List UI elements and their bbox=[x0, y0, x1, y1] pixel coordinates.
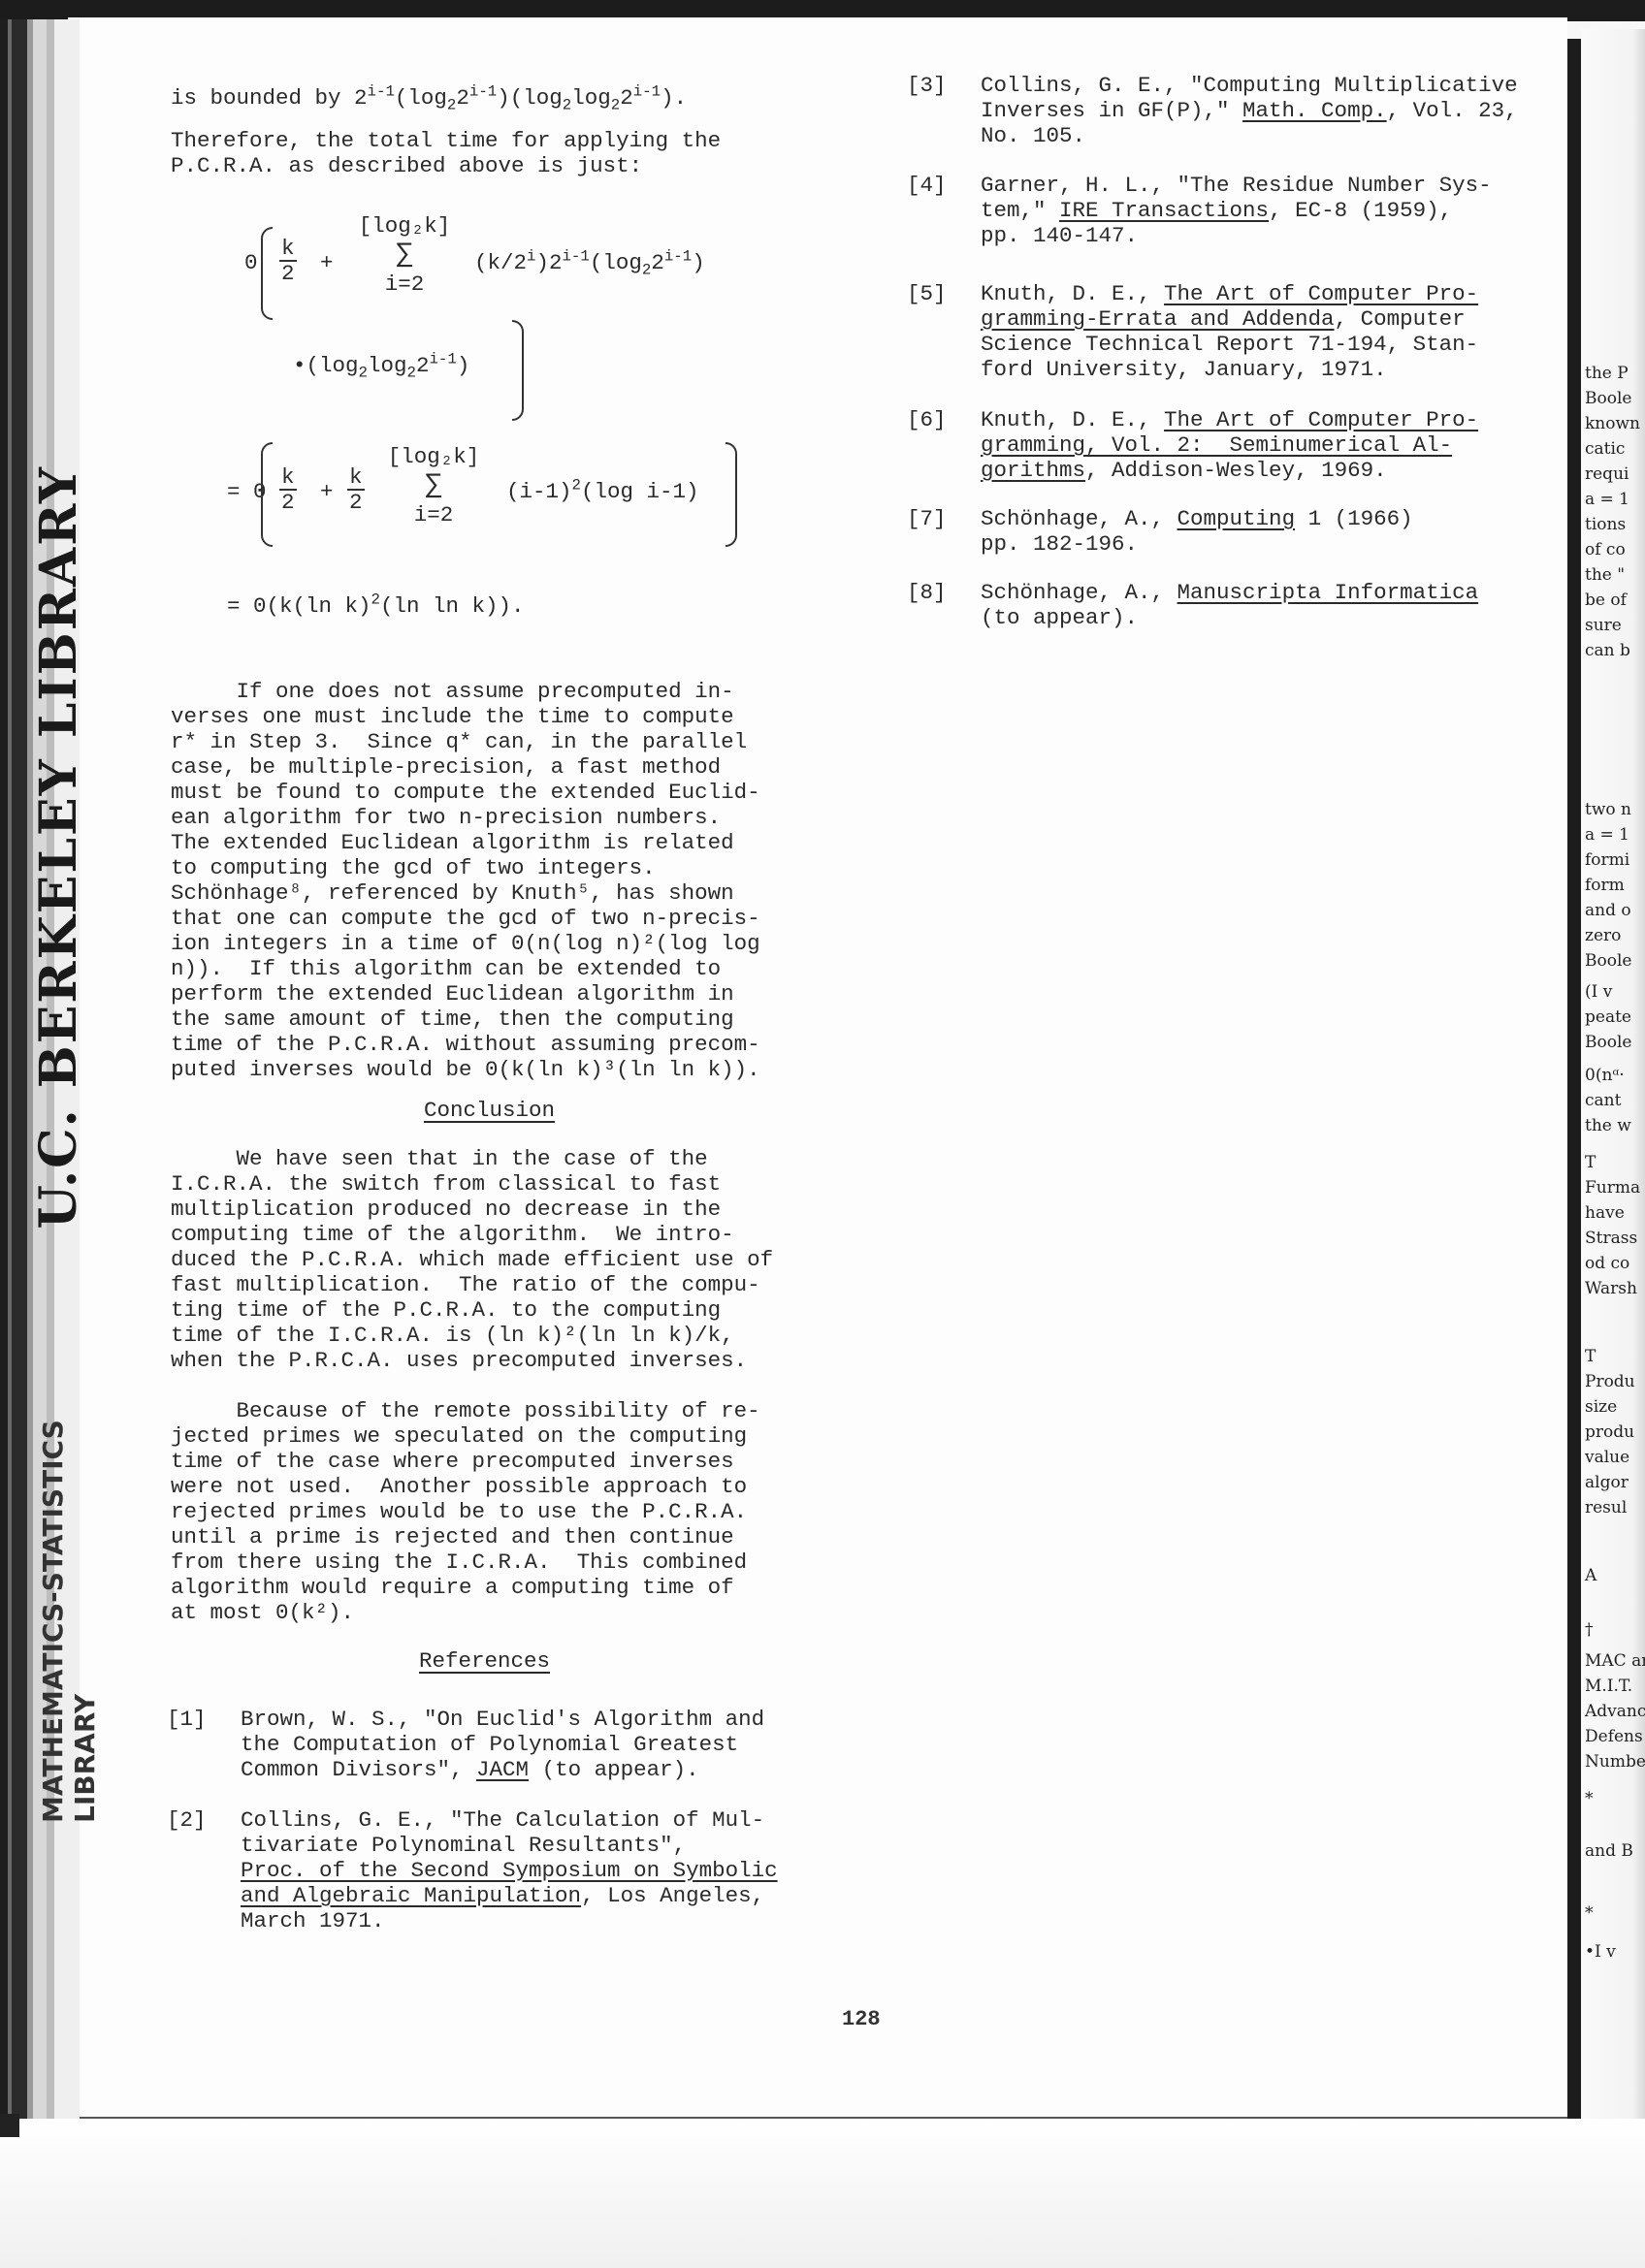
paragraph-line: I.C.R.A. the switch from classical to fa… bbox=[171, 1171, 773, 1197]
reference-text: Knuth, D. E., The Art of Computer Pro-gr… bbox=[981, 281, 1478, 382]
eq1-plus: + bbox=[320, 250, 334, 275]
paragraph-line: until a prime is rejected and then conti… bbox=[171, 1524, 760, 1549]
intro-line-1: is bounded by 2i-1(log22i-1)(log2log22i-… bbox=[171, 85, 687, 111]
reference-text: Collins, G. E., "The Calculation of Mul-… bbox=[241, 1807, 778, 1933]
paragraph-line: that one can compute the gcd of two n-pr… bbox=[171, 906, 760, 931]
paragraph-line: case, be multiple-precision, a fast meth… bbox=[171, 754, 760, 780]
paragraph-line: time of the I.C.R.A. is (ln k)²(ln ln k)… bbox=[171, 1323, 773, 1348]
paragraph-line: We have seen that in the case of the bbox=[171, 1146, 773, 1171]
paragraph-line: time of the case where precomputed inver… bbox=[171, 1449, 760, 1474]
paragraph-line: ean algorithm for two n-precision number… bbox=[171, 805, 760, 830]
reference-label: [1] bbox=[167, 1707, 207, 1732]
eq2-right-paren bbox=[726, 442, 737, 547]
next-page-text-fragment: form bbox=[1585, 873, 1625, 898]
next-page-text-fragment: Boole bbox=[1585, 1030, 1631, 1055]
eq2-plus: + bbox=[320, 479, 334, 504]
paragraph-line: from there using the I.C.R.A. This combi… bbox=[171, 1549, 760, 1575]
paragraph-line: at most 0(k²). bbox=[171, 1600, 760, 1625]
paragraph-line: the same amount of time, then the comput… bbox=[171, 1006, 760, 1032]
next-page-text-fragment: Strass bbox=[1585, 1226, 1637, 1251]
paragraph-line: perform the extended Euclidean algorithm… bbox=[171, 981, 760, 1006]
paragraph-precomputed-inverses: If one does not assume precomputed in-ve… bbox=[171, 679, 760, 1082]
paragraph-line: ting time of the P.C.R.A. to the computi… bbox=[171, 1297, 773, 1323]
library-stamp: U.C. BERKELEY LIBRARY MATHEMATICS-STATIS… bbox=[29, 465, 78, 1823]
eq1-continuation: •(log2log22i-1) bbox=[293, 353, 469, 378]
next-page-text-fragment: peate bbox=[1585, 1005, 1631, 1030]
intro-line-2: Therefore, the total time for applying t… bbox=[171, 128, 721, 153]
next-page-text-fragment: † bbox=[1585, 1617, 1594, 1643]
scan-bottom-margin bbox=[0, 2119, 1645, 2268]
eq1-left-paren bbox=[261, 227, 273, 320]
next-page-text-fragment: of co bbox=[1585, 537, 1626, 562]
reference-label: [5] bbox=[907, 281, 947, 306]
eq1-term: (k/2i)2i-1(log22i-1) bbox=[474, 250, 705, 275]
eq2-fraction-2: k2 bbox=[347, 465, 365, 514]
next-page-text-fragment: MAC an bbox=[1585, 1648, 1645, 1674]
intro-text: is bounded by bbox=[171, 85, 354, 111]
next-page-text-fragment: Advanc bbox=[1585, 1699, 1645, 1724]
next-page-text-fragment: and o bbox=[1585, 898, 1631, 923]
reference-label: [2] bbox=[167, 1807, 207, 1833]
reference-text: Collins, G. E., "Computing Multiplicativ… bbox=[981, 73, 1518, 148]
next-page-text-fragment: T bbox=[1585, 1150, 1596, 1175]
eq2-sum-lower: i=2 bbox=[380, 500, 487, 529]
reference-text: Schönhage, A., Computing 1 (1966)pp. 182… bbox=[981, 506, 1413, 557]
paragraph-line: puted inverses would be 0(k(ln k)³(ln ln… bbox=[171, 1057, 760, 1082]
next-page-text-fragment: known bbox=[1585, 411, 1640, 436]
eq2-sum-upper: [log₂k] bbox=[380, 442, 487, 471]
paragraph-line: verses one must include the time to comp… bbox=[171, 704, 760, 729]
library-stamp-primary: U.C. BERKELEY LIBRARY bbox=[29, 465, 88, 1230]
reference-text: Garner, H. L., "The Residue Number Sys-t… bbox=[981, 173, 1492, 248]
next-page-text-fragment: zero bbox=[1585, 923, 1621, 948]
next-page-text-fragment: Boole bbox=[1585, 948, 1631, 974]
page-number: 128 bbox=[842, 2007, 881, 2031]
paragraph-line: fast multiplication. The ratio of the co… bbox=[171, 1272, 773, 1297]
next-page-text-fragment: can b bbox=[1585, 638, 1630, 663]
next-page-text-fragment: sure bbox=[1585, 613, 1622, 638]
eq1-right-paren bbox=[512, 320, 524, 421]
eq1-fraction: k2 bbox=[279, 237, 297, 285]
paragraph-line: n)). If this algorithm can be extended t… bbox=[171, 956, 760, 981]
paragraph-line: r* in Step 3. Since q* can, in the paral… bbox=[171, 729, 760, 754]
bound-expression: 2i-1(log22i-1)(log2log22i-1). bbox=[354, 85, 687, 111]
next-page-text-fragment: Defens bbox=[1585, 1724, 1643, 1749]
next-page-text-fragment: formi bbox=[1585, 847, 1629, 873]
next-page-text-fragment: tions bbox=[1585, 512, 1626, 537]
next-page-text-fragment: Warsh bbox=[1585, 1276, 1637, 1301]
paragraph-line: jected primes we speculated on the compu… bbox=[171, 1423, 760, 1449]
paragraph-line: time of the P.C.R.A. without assuming pr… bbox=[171, 1032, 760, 1057]
reference-text: Brown, W. S., "On Euclid's Algorithm and… bbox=[241, 1707, 764, 1782]
book-spine: U.C. BERKELEY LIBRARY MATHEMATICS-STATIS… bbox=[0, 19, 80, 2124]
reference-text: Knuth, D. E., The Art of Computer Pro-gr… bbox=[981, 407, 1478, 483]
next-page-edge: the PBooleknowncaticrequia = 1tionsof co… bbox=[1581, 29, 1645, 2143]
next-page-text-fragment: value bbox=[1585, 1445, 1629, 1470]
reference-text: Schönhage, A., Manuscripta Informatica(t… bbox=[981, 580, 1478, 630]
paragraph-line: were not used. Another possible approach… bbox=[171, 1474, 760, 1499]
next-page-text-fragment: Furma bbox=[1585, 1175, 1640, 1200]
paragraph-line: Schönhage⁸, referenced by Knuth⁵, has sh… bbox=[171, 880, 760, 906]
paragraph-line: rejected primes would be to use the P.C.… bbox=[171, 1499, 760, 1524]
next-page-text-fragment: algor bbox=[1585, 1470, 1629, 1495]
next-page-text-fragment: a = 1 bbox=[1585, 487, 1629, 512]
conclusion-heading: Conclusion bbox=[424, 1098, 555, 1123]
next-page-text-fragment: the " bbox=[1585, 562, 1625, 588]
next-page-text-fragment: * bbox=[1585, 1901, 1594, 1926]
conclusion-paragraph-2: Because of the remote possibility of re-… bbox=[171, 1398, 760, 1625]
eq2-term: (i-1)2(log i-1) bbox=[506, 479, 699, 504]
paragraph-line: computing time of the algorithm. We intr… bbox=[171, 1222, 773, 1247]
paragraph-line: algorithm would require a computing time… bbox=[171, 1575, 760, 1600]
sigma-icon: ∑ bbox=[351, 240, 458, 270]
reference-label: [6] bbox=[907, 407, 947, 432]
next-page-text-fragment: produ bbox=[1585, 1420, 1634, 1445]
next-page-text-fragment: cant bbox=[1585, 1088, 1621, 1113]
next-page-text-fragment: Boole bbox=[1585, 386, 1631, 411]
next-page-text-fragment: size bbox=[1585, 1394, 1617, 1420]
sigma-icon: ∑ bbox=[380, 471, 487, 500]
next-page-text-fragment: catic bbox=[1585, 436, 1625, 462]
reference-label: [7] bbox=[907, 506, 947, 531]
next-page-text-fragment: requi bbox=[1585, 462, 1629, 487]
eq1-summation: [log₂k] ∑ i=2 bbox=[351, 211, 458, 299]
intro-line-3: P.C.R.A. as described above is just: bbox=[171, 153, 642, 178]
eq2-fraction-1: k2 bbox=[279, 465, 297, 514]
next-page-text-fragment: the w bbox=[1585, 1113, 1631, 1138]
references-heading: References bbox=[419, 1648, 550, 1674]
eq1-sum-upper: [log₂k] bbox=[351, 211, 458, 240]
eq1-sum-lower: i=2 bbox=[351, 270, 458, 299]
next-page-text-fragment: two n bbox=[1585, 797, 1631, 822]
paragraph-line: duced the P.C.R.A. which made efficient … bbox=[171, 1247, 773, 1272]
paragraph-line: to computing the gcd of two integers. bbox=[171, 855, 760, 880]
conclusion-paragraph-1: We have seen that in the case of theI.C.… bbox=[171, 1146, 773, 1373]
next-page-text-fragment: (I v bbox=[1585, 979, 1612, 1005]
next-page-text-fragment: Produ bbox=[1585, 1369, 1635, 1394]
paragraph-line: must be found to compute the extended Eu… bbox=[171, 780, 760, 805]
gutter-shadow bbox=[1567, 39, 1581, 2143]
next-page-text-fragment: * bbox=[1585, 1786, 1594, 1811]
reference-label: [3] bbox=[907, 73, 947, 98]
next-page-text-fragment: be of bbox=[1585, 588, 1627, 613]
next-page-text-fragment: and B bbox=[1585, 1838, 1633, 1864]
next-page-text-fragment: A bbox=[1585, 1563, 1597, 1588]
eq2-left-paren bbox=[261, 442, 273, 547]
next-page-text-fragment: Number bbox=[1585, 1749, 1645, 1774]
library-stamp-secondary: MATHEMATICS-STATISTICS LIBRARY bbox=[37, 1328, 101, 1823]
paragraph-line: multiplication produced no decrease in t… bbox=[171, 1197, 773, 1222]
next-page-text-fragment: the P bbox=[1585, 361, 1629, 386]
next-page-text-fragment: have bbox=[1585, 1200, 1625, 1226]
paragraph-line: ion integers in a time of 0(n(log n)²(lo… bbox=[171, 931, 760, 956]
next-page-text-fragment: M.I.T. bbox=[1585, 1674, 1632, 1699]
next-page-text-fragment: resul bbox=[1585, 1495, 1627, 1520]
next-page-text-fragment: T bbox=[1585, 1344, 1596, 1369]
next-page-text-fragment: •I v bbox=[1585, 1939, 1616, 1965]
next-page-text-fragment: 0(nᵅ· bbox=[1585, 1063, 1625, 1088]
scan-corner-shadow bbox=[0, 2114, 19, 2137]
eq2-summation: [log₂k] ∑ i=2 bbox=[380, 442, 487, 529]
next-page-text-fragment: a = 1 bbox=[1585, 822, 1629, 847]
equation-3: = 0(k(ln k)2(ln ln k)). bbox=[227, 593, 525, 619]
paragraph-line: If one does not assume precomputed in- bbox=[171, 679, 760, 704]
reference-label: [8] bbox=[907, 580, 947, 605]
paragraph-line: Because of the remote possibility of re- bbox=[171, 1398, 760, 1423]
paragraph-line: when the P.R.C.A. uses precomputed inver… bbox=[171, 1348, 773, 1373]
paragraph-line: The extended Euclidean algorithm is rela… bbox=[171, 830, 760, 855]
reference-label: [4] bbox=[907, 173, 947, 198]
next-page-text-fragment: od co bbox=[1585, 1251, 1629, 1276]
eq1-big-o: 0 bbox=[244, 250, 258, 275]
